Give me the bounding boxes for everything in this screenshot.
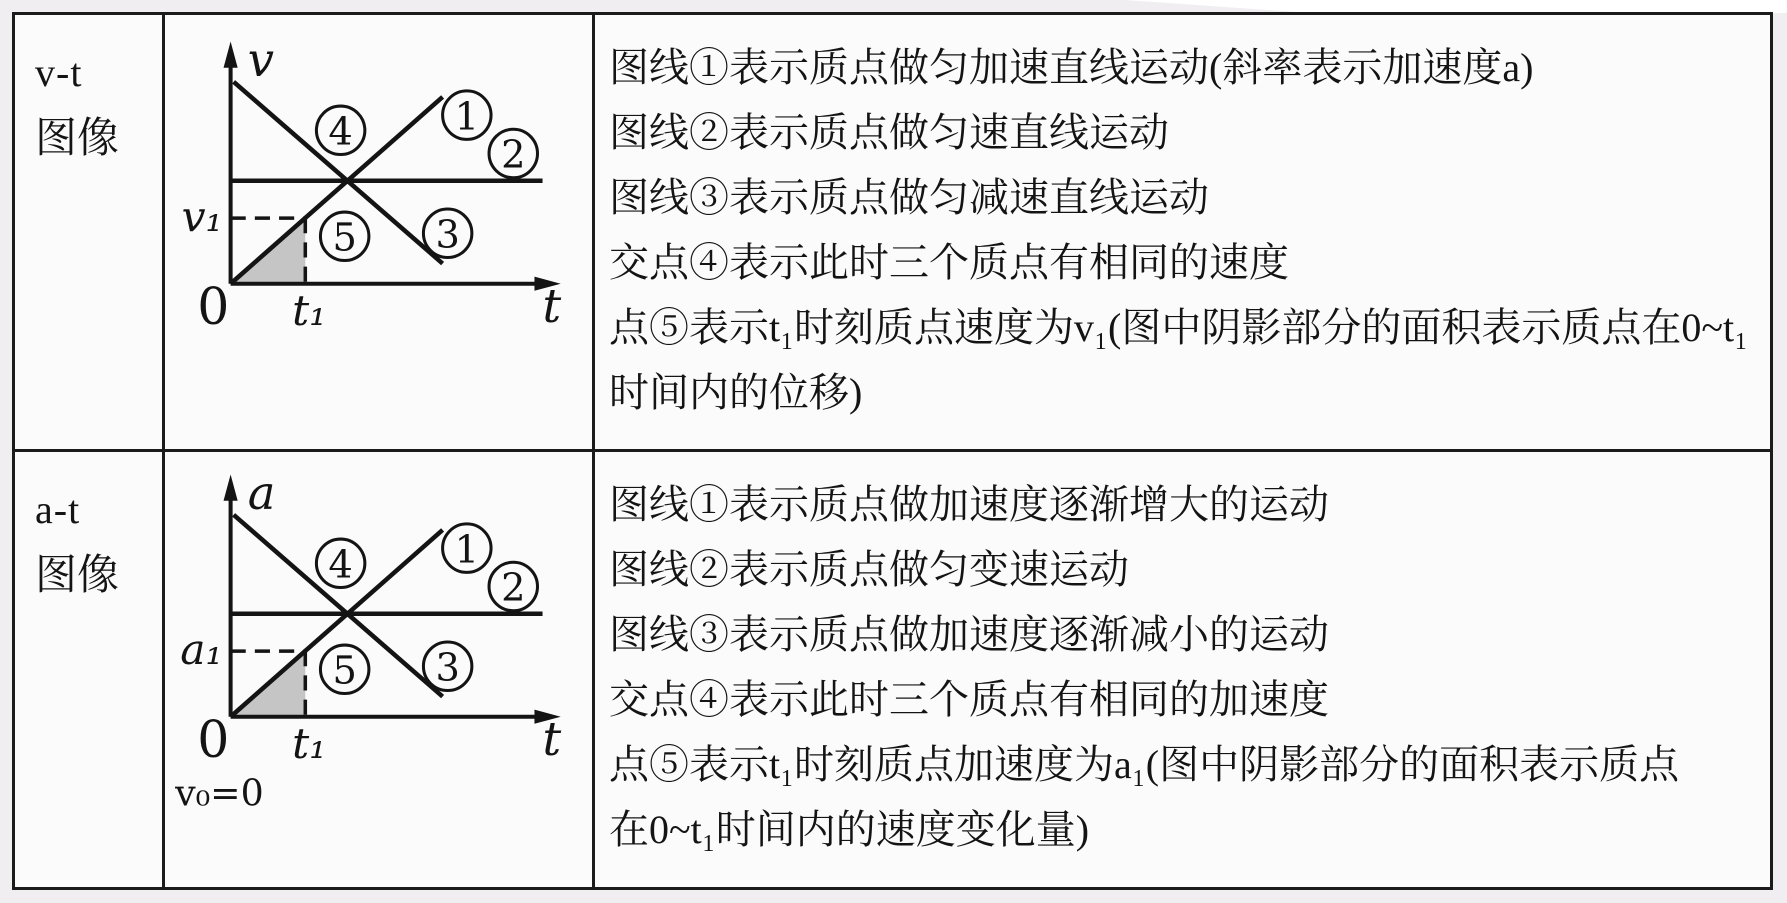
at-marker-digit-2: 2: [501, 566, 525, 611]
vt-v1-label: v₁: [182, 192, 223, 241]
note-line: 图线②表示质点做匀速直线运动: [609, 100, 1760, 165]
at-origin-label: 0: [197, 710, 229, 769]
vt-graph: 1 2 3 4 5 v t 0 v₁ t₁: [167, 19, 591, 393]
note-line: 图线①表示质点做加速度逐渐增大的运动: [609, 472, 1760, 537]
note-line: 在0~t₁时间内的速度变化量): [609, 797, 1760, 862]
at-marker-digit-5: 5: [332, 648, 356, 693]
note-line: 点⑤表示t₁时刻质点速度为v₁(图中阴影部分的面积表示质点在0~t₁: [609, 295, 1760, 360]
at-marker-digit-4: 4: [328, 542, 352, 587]
row-at-diagram-cell: 1 2 3 4 5 a t 0 a₁ t₁ v₀=0: [165, 452, 595, 887]
physics-table: v-t 图像 1 2 3 4: [12, 12, 1773, 890]
at-a1-label: a₁: [180, 625, 222, 674]
row-vt-label-line2: 图像: [35, 107, 154, 171]
vt-marker-digit-1: 1: [455, 94, 479, 139]
note-line: 图线②表示质点做匀变速运动: [609, 537, 1760, 602]
row-at-label-line1: a-t: [35, 478, 154, 542]
vt-y-axis-label: v: [248, 33, 274, 87]
at-marker-digit-3: 3: [435, 645, 459, 690]
note-line: 交点④表示此时三个质点有相同的速度: [609, 230, 1760, 295]
row-vt-diagram-cell: 1 2 3 4 5 v t 0 v₁ t₁: [165, 15, 595, 452]
at-v0-note-label: v₀=0: [174, 772, 264, 815]
page: { "table": { "rows": [ { "row_label": { …: [0, 0, 1787, 903]
row-at-notes-cell: 图线①表示质点做加速度逐渐增大的运动 图线②表示质点做匀变速运动 图线③表示质点…: [595, 452, 1770, 887]
note-line: 点⑤表示t₁时刻质点加速度为a₁(图中阴影部分的面积表示质点: [609, 732, 1760, 797]
note-line: 时间内的位移): [609, 360, 1760, 425]
at-marker-digit-1: 1: [455, 527, 479, 572]
note-line: 图线③表示质点做加速度逐渐减小的运动: [609, 602, 1760, 667]
note-line: 交点④表示此时三个质点有相同的加速度: [609, 667, 1760, 732]
note-line: 图线③表示质点做匀减速直线运动: [609, 165, 1760, 230]
vt-marker-digit-4: 4: [328, 109, 352, 154]
row-vt-label-line1: v-t: [35, 41, 154, 105]
vt-marker-digit-3: 3: [435, 212, 459, 257]
vt-marker-digit-5: 5: [332, 215, 356, 260]
vt-y-axis-arrow-icon: [224, 41, 238, 67]
note-line: 图线①表示质点做匀加速直线运动(斜率表示加速度a): [609, 35, 1760, 100]
vt-marker-digit-2: 2: [501, 133, 525, 178]
at-graph: 1 2 3 4 5 a t 0 a₁ t₁ v₀=0: [167, 452, 591, 826]
at-y-axis-arrow-icon: [224, 474, 238, 500]
row-vt-label-cell: v-t 图像: [15, 15, 165, 452]
vt-x-axis-label: t: [543, 279, 562, 333]
vt-origin-label: 0: [197, 277, 229, 336]
at-t1-label: t₁: [292, 719, 326, 768]
row-at-label-line2: 图像: [35, 544, 154, 608]
at-y-axis-label: a: [248, 466, 276, 520]
row-at-label-cell: a-t 图像: [15, 452, 165, 887]
at-x-axis-label: t: [543, 712, 562, 766]
vt-t1-label: t₁: [292, 286, 326, 335]
row-vt-notes-cell: 图线①表示质点做匀加速直线运动(斜率表示加速度a) 图线②表示质点做匀速直线运动…: [595, 15, 1770, 452]
